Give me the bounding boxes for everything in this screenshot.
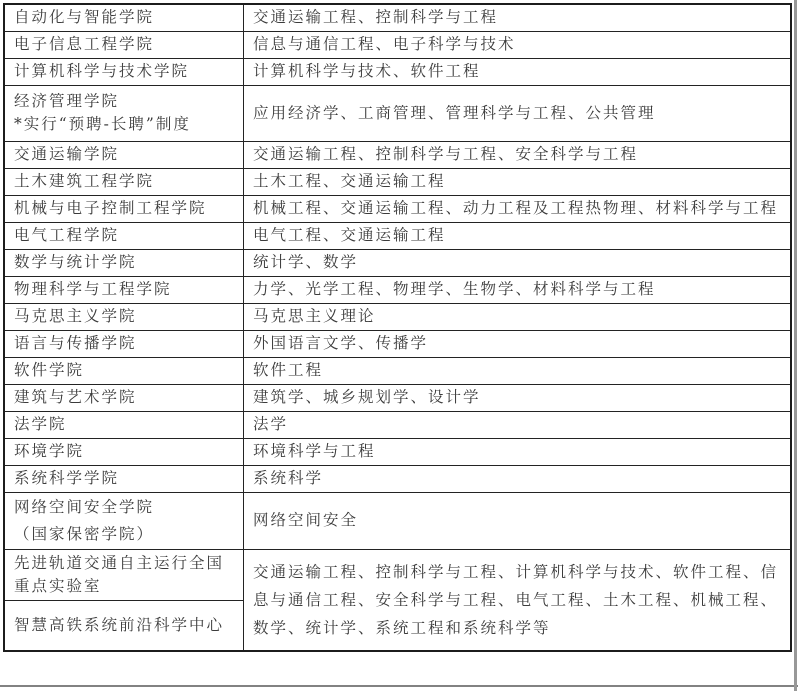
college-name: 系统科学学院 xyxy=(14,469,119,487)
college-cell: 语言与传播学院 xyxy=(4,330,244,357)
college-cell: 计算机科学与技术学院 xyxy=(4,58,244,85)
majors-text: 信息与通信工程、电子科学与技术 xyxy=(253,35,516,53)
majors-cell: 网络空间安全 xyxy=(244,492,792,549)
college-cell: 交通运输学院 xyxy=(4,141,244,168)
college-note: *实行“预聘-长聘”制度 xyxy=(14,113,235,136)
college-name: 电子信息工程学院 xyxy=(14,35,154,53)
majors-cell: 统计学、数学 xyxy=(244,249,792,276)
college-name: 先进轨道交通自主运行全国重点实验室 xyxy=(14,554,224,595)
majors-cell: 电气工程、交通运输工程 xyxy=(244,222,792,249)
college-cell: 数学与统计学院 xyxy=(4,249,244,276)
college-cell: 法学院 xyxy=(4,411,244,438)
table-row: 机械与电子控制工程学院 机械工程、交通运输工程、动力工程及工程热物理、材料科学与… xyxy=(4,195,791,222)
majors-text: 机械工程、交通运输工程、动力工程及工程热物理、材料科学与工程 xyxy=(253,199,778,217)
college-note: （国家保密学院） xyxy=(14,521,235,548)
table-row: 马克思主义学院 马克思主义理论 xyxy=(4,303,791,330)
college-discipline-table: 自动化与智能学院 交通运输工程、控制科学与工程 电子信息工程学院 信息与通信工程… xyxy=(3,3,792,652)
majors-text: 建筑学、城乡规划学、设计学 xyxy=(253,388,481,406)
majors-cell: 交通运输工程、控制科学与工程、安全科学与工程 xyxy=(244,141,792,168)
majors-cell: 土木工程、交通运输工程 xyxy=(244,168,792,195)
majors-cell: 马克思主义理论 xyxy=(244,303,792,330)
college-name: 环境学院 xyxy=(14,442,84,460)
college-cell: 软件学院 xyxy=(4,357,244,384)
college-name: 计算机科学与技术学院 xyxy=(14,62,189,80)
majors-cell-merged: 交通运输工程、控制科学与工程、计算机科学与技术、软件工程、信息与通信工程、安全科… xyxy=(244,549,792,651)
majors-cell: 信息与通信工程、电子科学与技术 xyxy=(244,31,792,58)
table-row: 交通运输学院 交通运输工程、控制科学与工程、安全科学与工程 xyxy=(4,141,791,168)
majors-text: 环境科学与工程 xyxy=(253,442,376,460)
majors-cell: 力学、光学工程、物理学、生物学、材料科学与工程 xyxy=(244,276,792,303)
majors-text: 统计学、数学 xyxy=(253,253,358,271)
college-name: 电气工程学院 xyxy=(14,226,119,244)
majors-cell: 建筑学、城乡规划学、设计学 xyxy=(244,384,792,411)
college-name: 建筑与艺术学院 xyxy=(14,388,137,406)
majors-cell: 软件工程 xyxy=(244,357,792,384)
college-cell: 马克思主义学院 xyxy=(4,303,244,330)
table-row: 系统科学学院 系统科学 xyxy=(4,465,791,492)
college-name: 土木建筑工程学院 xyxy=(14,172,154,190)
majors-text: 交通运输工程、控制科学与工程、计算机科学与技术、软件工程、信息与通信工程、安全科… xyxy=(253,563,778,637)
college-cell: 系统科学学院 xyxy=(4,465,244,492)
majors-cell: 环境科学与工程 xyxy=(244,438,792,465)
majors-cell: 机械工程、交通运输工程、动力工程及工程热物理、材料科学与工程 xyxy=(244,195,792,222)
majors-text: 系统科学 xyxy=(253,469,323,487)
college-name: 软件学院 xyxy=(14,361,84,379)
college-name: 马克思主义学院 xyxy=(14,307,137,325)
college-name: 物理科学与工程学院 xyxy=(14,280,172,298)
table-row: 计算机科学与技术学院 计算机科学与技术、软件工程 xyxy=(4,58,791,85)
majors-text: 法学 xyxy=(253,415,288,433)
college-cell: 经济管理学院 *实行“预聘-长聘”制度 xyxy=(4,85,244,141)
majors-cell: 法学 xyxy=(244,411,792,438)
college-name: 自动化与智能学院 xyxy=(14,8,154,26)
college-cell: 网络空间安全学院 （国家保密学院） xyxy=(4,492,244,549)
college-name: 语言与传播学院 xyxy=(14,334,137,352)
college-name: 交通运输学院 xyxy=(14,145,119,163)
table-row: 物理科学与工程学院 力学、光学工程、物理学、生物学、材料科学与工程 xyxy=(4,276,791,303)
table-row: 建筑与艺术学院 建筑学、城乡规划学、设计学 xyxy=(4,384,791,411)
majors-text: 外国语言文学、传播学 xyxy=(253,334,428,352)
majors-text: 力学、光学工程、物理学、生物学、材料科学与工程 xyxy=(253,280,656,298)
college-name: 网络空间安全学院 xyxy=(14,494,235,521)
college-name: 智慧高铁系统前沿科学中心 xyxy=(14,616,224,634)
page-bottom-rule xyxy=(0,685,798,687)
table-row: 电气工程学院 电气工程、交通运输工程 xyxy=(4,222,791,249)
majors-text: 软件工程 xyxy=(253,361,323,379)
college-name: 法学院 xyxy=(14,415,67,433)
college-cell: 电气工程学院 xyxy=(4,222,244,249)
table-row: 经济管理学院 *实行“预聘-长聘”制度 应用经济学、工商管理、管理科学与工程、公… xyxy=(4,85,791,141)
college-cell: 环境学院 xyxy=(4,438,244,465)
majors-cell: 计算机科学与技术、软件工程 xyxy=(244,58,792,85)
college-cell: 智慧高铁系统前沿科学中心 xyxy=(4,600,244,651)
majors-text: 应用经济学、工商管理、管理科学与工程、公共管理 xyxy=(253,104,656,122)
table-row: 土木建筑工程学院 土木工程、交通运输工程 xyxy=(4,168,791,195)
majors-text: 电气工程、交通运输工程 xyxy=(253,226,446,244)
college-cell: 建筑与艺术学院 xyxy=(4,384,244,411)
majors-cell: 交通运输工程、控制科学与工程 xyxy=(244,4,792,31)
majors-cell: 应用经济学、工商管理、管理科学与工程、公共管理 xyxy=(244,85,792,141)
table-row: 先进轨道交通自主运行全国重点实验室 交通运输工程、控制科学与工程、计算机科学与技… xyxy=(4,549,791,600)
college-cell: 机械与电子控制工程学院 xyxy=(4,195,244,222)
majors-text: 马克思主义理论 xyxy=(253,307,376,325)
majors-text: 网络空间安全 xyxy=(253,511,358,529)
college-cell: 物理科学与工程学院 xyxy=(4,276,244,303)
table-row: 网络空间安全学院 （国家保密学院） 网络空间安全 xyxy=(4,492,791,549)
college-name: 机械与电子控制工程学院 xyxy=(14,199,207,217)
majors-text: 交通运输工程、控制科学与工程、安全科学与工程 xyxy=(253,145,638,163)
college-cell: 先进轨道交通自主运行全国重点实验室 xyxy=(4,549,244,600)
table-row: 法学院 法学 xyxy=(4,411,791,438)
majors-text: 土木工程、交通运输工程 xyxy=(253,172,446,190)
college-name: 经济管理学院 xyxy=(14,90,235,113)
table-row: 自动化与智能学院 交通运输工程、控制科学与工程 xyxy=(4,4,791,31)
majors-text: 交通运输工程、控制科学与工程 xyxy=(253,8,498,26)
table-row: 数学与统计学院 统计学、数学 xyxy=(4,249,791,276)
college-name: 数学与统计学院 xyxy=(14,253,137,271)
page-right-edge xyxy=(794,0,797,691)
majors-cell: 外国语言文学、传播学 xyxy=(244,330,792,357)
college-cell: 电子信息工程学院 xyxy=(4,31,244,58)
table-row: 语言与传播学院 外国语言文学、传播学 xyxy=(4,330,791,357)
college-cell: 自动化与智能学院 xyxy=(4,4,244,31)
table-row: 软件学院 软件工程 xyxy=(4,357,791,384)
college-cell: 土木建筑工程学院 xyxy=(4,168,244,195)
document-page: 自动化与智能学院 交通运输工程、控制科学与工程 电子信息工程学院 信息与通信工程… xyxy=(0,0,798,691)
table-row: 环境学院 环境科学与工程 xyxy=(4,438,791,465)
table-row: 电子信息工程学院 信息与通信工程、电子科学与技术 xyxy=(4,31,791,58)
majors-text: 计算机科学与技术、软件工程 xyxy=(253,62,481,80)
majors-cell: 系统科学 xyxy=(244,465,792,492)
